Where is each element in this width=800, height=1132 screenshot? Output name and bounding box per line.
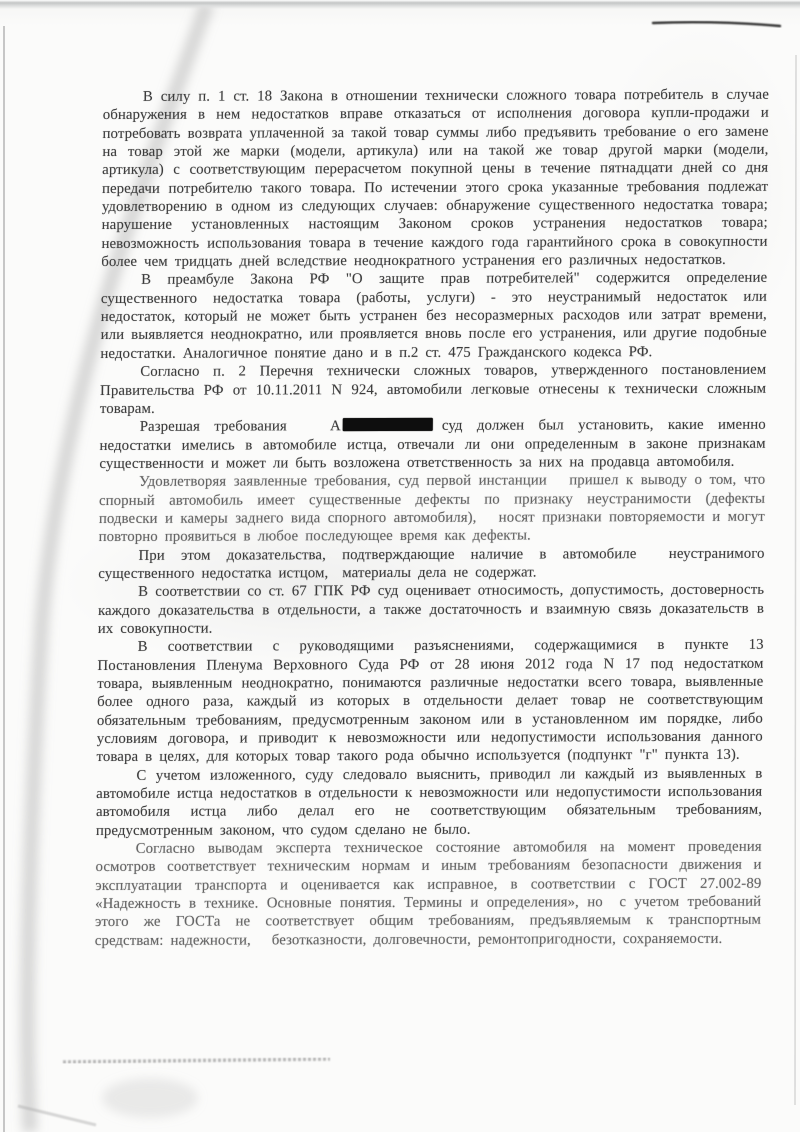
redaction-bar [343,418,433,431]
paragraph: В соответствии со ст. 67 ГПК РФ суд оцен… [98,581,765,638]
paragraph: В силу п. 1 ст. 18 Закона в отношении те… [101,86,769,272]
paragraph: В соответствии с руководящими разъяснени… [96,636,763,767]
right-page-edge-line [795,55,796,1105]
paragraph: С учетом изложенного, суду следовало выя… [96,764,763,840]
bottom-speckle-strip [63,1059,330,1062]
scanned-document-page: В силу п. 1 ст. 18 Закона в отношении те… [0,0,800,1132]
top-scan-edge [0,0,800,9]
paragraph: В преамбуле Закона РФ "О защите прав пот… [100,269,767,363]
paragraph: Согласно выводам эксперта техническое со… [95,838,762,950]
text-before-redaction: Разрешая требования А [140,418,341,435]
pen-scan-line [653,22,780,26]
bottom-corner-streak [18,1106,96,1125]
paragraph: Разрешая требования Асуд должен был уста… [99,416,766,473]
document-text: В силу п. 1 ст. 18 Закона в отношении те… [95,86,769,950]
paragraph: Удовлетворяя заявленные требования, суд … [99,471,766,547]
bottom-smudge [102,1078,198,1118]
paragraph: При этом доказательства, подтверждающие … [98,544,764,583]
paragraph: Согласно п. 2 Перечня технически сложных… [100,361,767,418]
